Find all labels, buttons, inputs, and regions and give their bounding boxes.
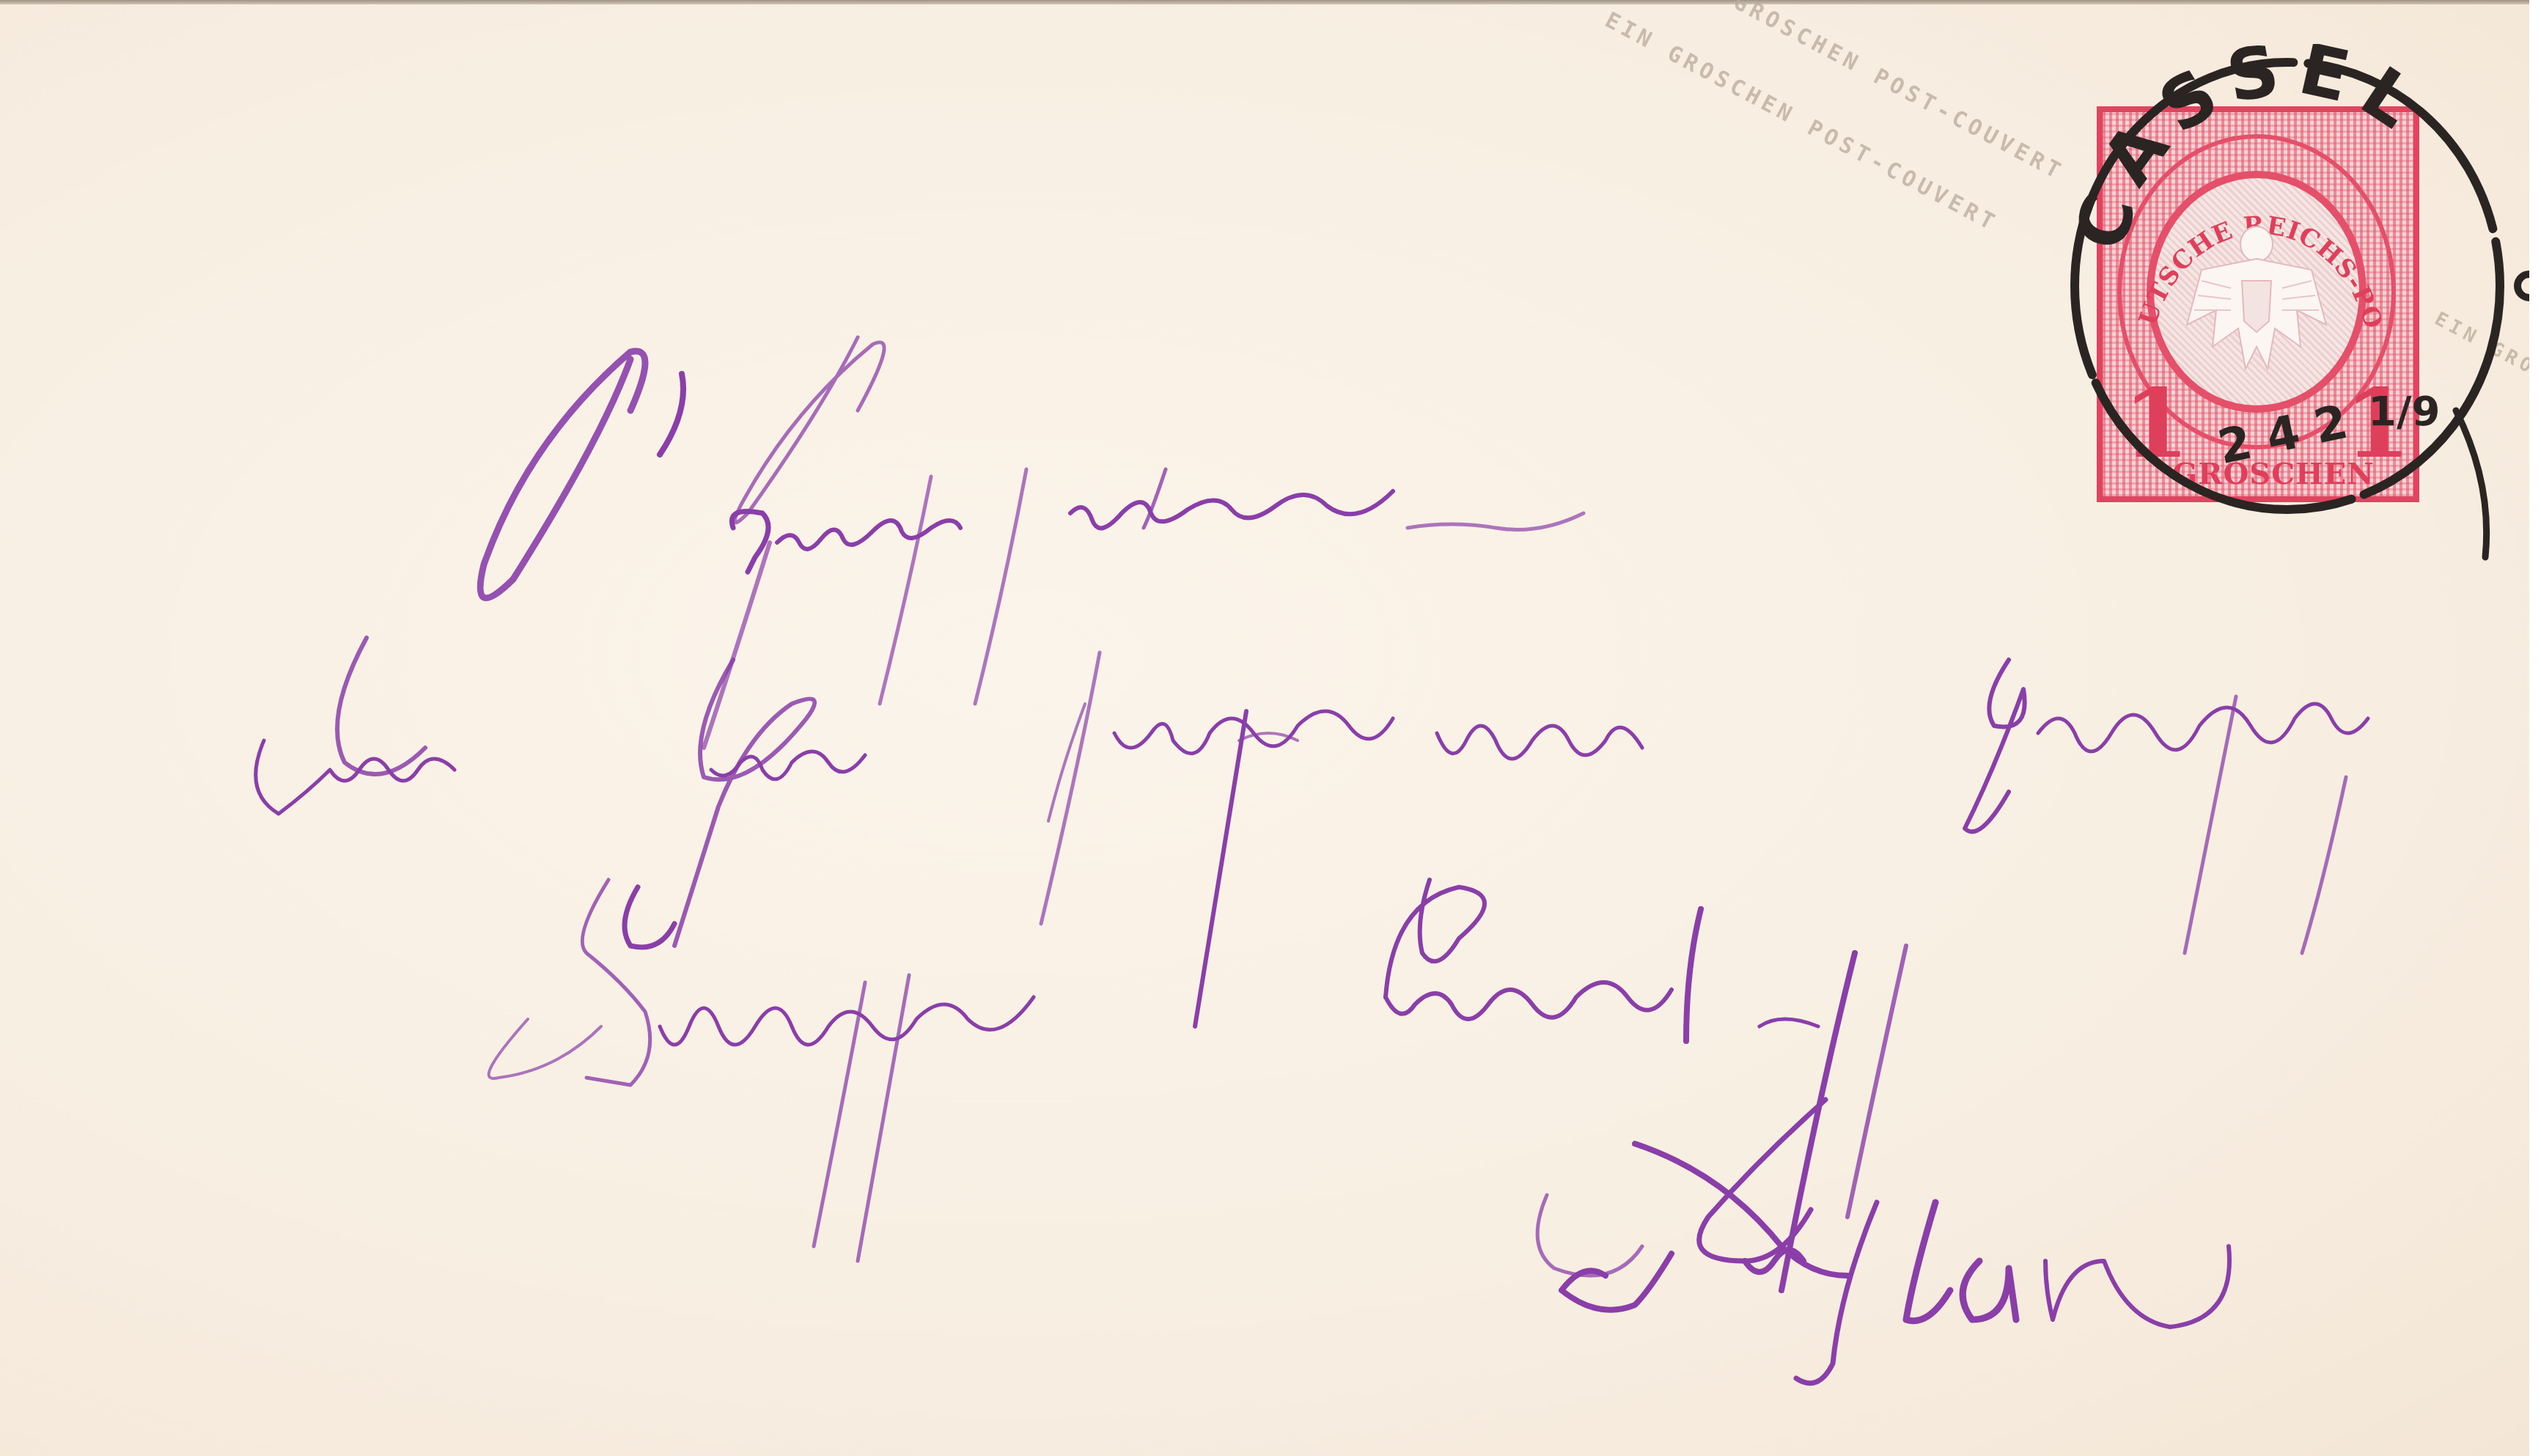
printed-diagonal-text: EIN GROSCHEN POST-COUVERT	[2431, 308, 2541, 514]
postage-stamp: DEUTSCHE REICHS-POST 1 1 GROSCHEN	[2097, 106, 2419, 502]
eagle-emblem-icon	[2172, 200, 2341, 391]
envelope: EIN GROSCHEN POST-COUVERT EIN GROSCHEN P…	[0, 0, 2529, 1456]
address-line-1	[480, 337, 1584, 748]
address-line-2	[256, 638, 2368, 1026]
address-line-3	[489, 880, 1906, 1290]
envelope-top-edge	[0, 0, 2529, 4]
scan-margin	[2529, 0, 2541, 1456]
address-line-4	[1537, 1100, 2229, 1383]
stamp-denomination: GROSCHEN	[2172, 457, 2348, 491]
